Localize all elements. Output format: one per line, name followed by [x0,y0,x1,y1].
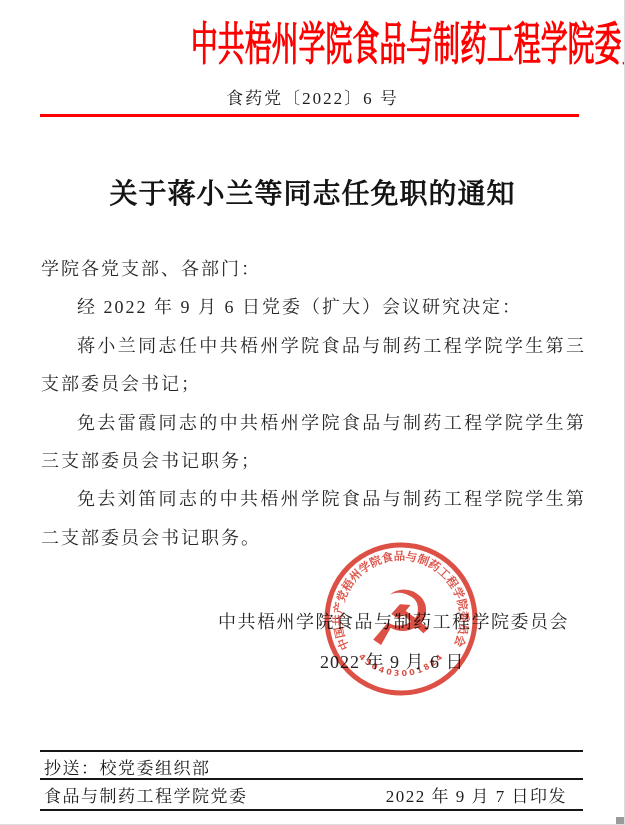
seal-ring-text: 中国共产党梧州学院食品与制药工程学院委员会 [331,549,471,652]
footer-rule-top [40,750,583,752]
footer-rule-bottom [40,809,583,811]
document-number: 食药党〔2022〕6 号 [0,84,625,109]
salutation-line: 学院各党支部、各部门： [41,250,586,288]
letterhead-banner: 中共梧州学院食品与制药工程学院委员会文件 [0,20,625,71]
signature-org-name: 中共梧州学院食品与制药工程学院委员会 [218,608,569,634]
scan-corner-artifact [616,817,624,824]
body-paragraph: 蒋小兰同志任中共梧州学院食品与制药工程学院学生第三支部委员会书记； [41,327,586,404]
body-paragraph: 免去雷霞同志的中共梧州学院食品与制药工程学院学生第三支部委员会书记职务； [41,404,586,481]
official-document-page: 中共梧州学院食品与制药工程学院委员会文件 食药党〔2022〕6 号 关于蒋小兰等… [0,0,625,825]
body-paragraph: 经 2022 年 9 月 6 日党委（扩大）会议研究决定： [41,288,586,326]
footer-print-date: 2022 年 9 月 7 日印发 [386,782,567,807]
footer-rule-middle [40,778,583,780]
footer-cc-line: 抄送：校党委组织部 [44,754,211,779]
body-paragraph: 免去刘笛同志的中共梧州学院食品与制药工程学院学生第二支部委员会书记职务。 [41,480,586,557]
red-separator-rule [40,114,579,117]
letterhead-org-title: 中共梧州学院食品与制药工程学院委员会文件 [191,20,625,71]
footer-issuer-row: 食品与制药工程学院党委 2022 年 9 月 7 日印发 [44,782,567,807]
footer-issuer: 食品与制药工程学院党委 [44,782,248,807]
notice-title: 关于蒋小兰等同志任免职的通知 [0,172,625,212]
document-body: 学院各党支部、各部门： 经 2022 年 9 月 6 日党委（扩大）会议研究决定… [41,250,586,557]
signature-date: 2022 年 9 月 6 日 [320,648,460,674]
